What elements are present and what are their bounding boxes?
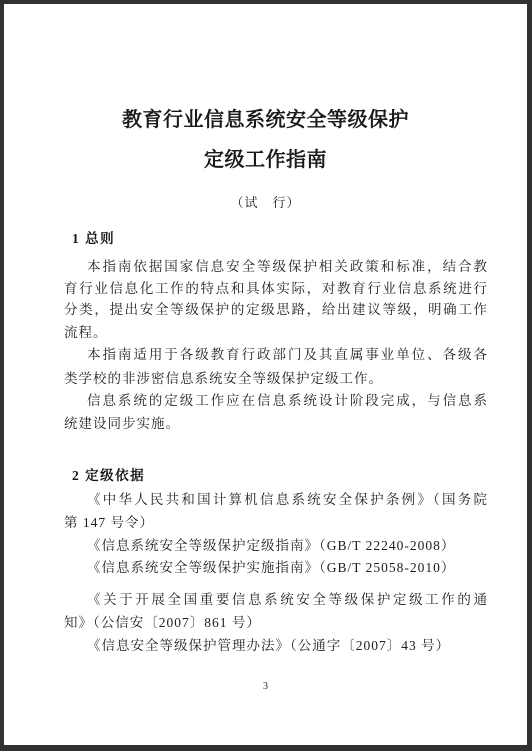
doc-title-line-1: 教育行业信息系统安全等级保护 <box>4 108 527 132</box>
body-line: 类学校的非涉密信息系统安全等级保护定级工作。 <box>64 368 488 390</box>
page-number: 3 <box>4 681 527 693</box>
doc-subtitle: （试 行） <box>4 195 527 211</box>
body-line: 分类，提出安全等级保护的定级思路，给出建议等级，明确工作 <box>64 299 488 321</box>
body-line: 育行业信息化工作的特点和具体实际，对教育行业信息系统进行 <box>64 278 488 300</box>
section-heading-basis: 2 定级依据 <box>64 465 488 487</box>
body-line: 统建设同步实施。 <box>64 413 488 435</box>
reference-line: 知》（公信安〔2007〕861 号） <box>64 612 488 634</box>
reference-line: 《信息安全等级保护管理办法》（公通字〔2007〕43 号） <box>64 635 488 657</box>
body-line: 本指南依据国家信息安全等级保护相关政策和标准，结合教 <box>64 256 488 278</box>
reference-line: 《中华人民共和国计算机信息系统安全保护条例》（国务院 <box>64 489 488 511</box>
reference-line: 《信息系统安全等级保护实施指南》（GB/T 25058-2010） <box>64 557 488 579</box>
reference-line: 第 147 号令） <box>64 512 488 534</box>
body-line: 本指南适用于各级教育行政部门及其直属事业单位、各级各 <box>64 344 488 366</box>
body-line: 信息系统的定级工作应在信息系统设计阶段完成，与信息系 <box>64 390 488 412</box>
reference-line: 《信息系统安全等级保护定级指南》（GB/T 22240-2008） <box>64 535 488 557</box>
doc-title-line-2: 定级工作指南 <box>4 148 527 172</box>
reference-line: 《关于开展全国重要信息系统安全等级保护定级工作的通 <box>64 589 488 611</box>
document-viewer: 教育行业信息系统安全等级保护 定级工作指南 （试 行） 1 总则 本指南依据国家… <box>0 0 532 751</box>
body-line: 流程。 <box>64 322 488 344</box>
section-heading-general: 1 总则 <box>64 228 488 250</box>
